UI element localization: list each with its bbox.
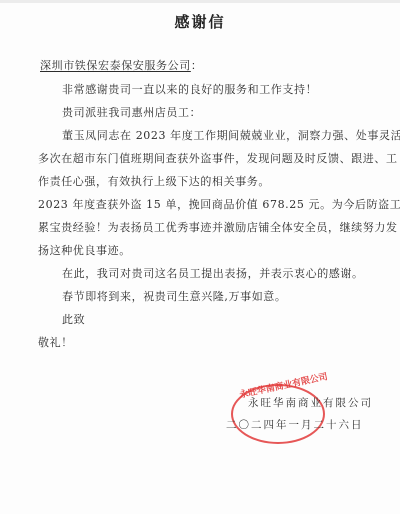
paragraph-praise: 在此，我司对贵司这名员工提出表扬，并表示衷心的感谢。 [62, 267, 364, 281]
addressee-name: 深圳市铁保宏泰保安服务公司 [40, 59, 191, 72]
paragraph-stats-line-3: 扬这种优良事迹。 [38, 244, 131, 258]
paragraph-stats-line-2: 累宝贵经验！为表扬员工优秀事迹并激励店铺全体安全员，继续努力发 [38, 221, 398, 235]
paragraph-stats-line-1: 2023 年度查获外盗 15 单，挽回商品价值 678.25 元。为今后防盗工作… [38, 198, 400, 212]
signature-company: 永旺华南商业有限公司 [248, 395, 373, 410]
addressee-line: 深圳市铁保宏泰保安服务公司： [40, 59, 202, 73]
letter-page: 感谢信 深圳市铁保宏泰保安服务公司： 非常感谢贵司一直以来的良好的服务和工作支持… [0, 0, 400, 514]
closing-cizhi: 此致 [62, 313, 85, 327]
paragraph-intro: 贵司派驻我司惠州店员工： [62, 106, 201, 120]
paragraph-body-line-3: 作责任心强，有效执行上级下达的相关事务。 [38, 175, 270, 189]
signature-date: 二〇二四年一月二十六日 [226, 417, 364, 432]
closing-jingli: 敬礼！ [38, 336, 73, 350]
paragraph-body-line-2: 多次在超市东门值班期间查获外盗事件，发现问题及时反馈、跟进、工 [38, 152, 398, 166]
page-top-edge [0, 0, 400, 3]
paragraph-greeting: 春节即将到来，祝贵司生意兴隆,万事如意。 [62, 290, 287, 304]
addressee-colon: ： [191, 59, 203, 72]
paragraph-thanks: 非常感谢贵司一直以来的良好的服务和工作支持！ [62, 83, 317, 97]
letter-title: 感谢信 [0, 11, 400, 32]
paragraph-body-line-1: 董玉凤同志在 2023 年度工作期间兢兢业业，洞察力强、处事灵活， [62, 129, 400, 143]
